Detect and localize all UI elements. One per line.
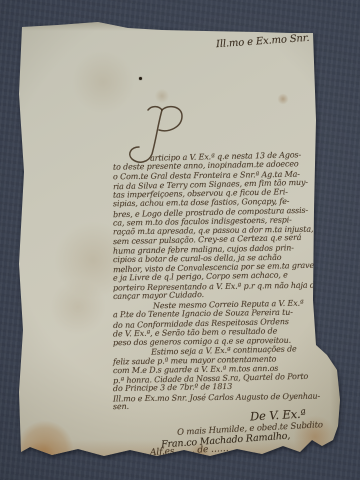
ink-blot bbox=[139, 77, 142, 80]
salutation-header: Ill.mo e Ex.mo Snr. bbox=[216, 33, 310, 50]
letter-photo: Ill.mo e Ex.mo Snr. articipo a V. Ex.ª q… bbox=[0, 0, 360, 480]
handwritten-line: cançar mayor Cuidado. bbox=[113, 290, 204, 301]
handwritten-line: do Principe 3 de 7br.º de 1813 bbox=[113, 382, 232, 393]
paper-sheet: Ill.mo e Ex.mo Snr. articipo a V. Ex.ª q… bbox=[0, 0, 360, 480]
paper-shadow-wrap: Ill.mo e Ex.mo Snr. articipo a V. Ex.ª q… bbox=[0, 0, 360, 480]
handwritten-line: sen. bbox=[113, 402, 129, 411]
handwritten-line: Ill.mo e Ex.mo Snr. José Carlos Augusto … bbox=[113, 391, 320, 403]
